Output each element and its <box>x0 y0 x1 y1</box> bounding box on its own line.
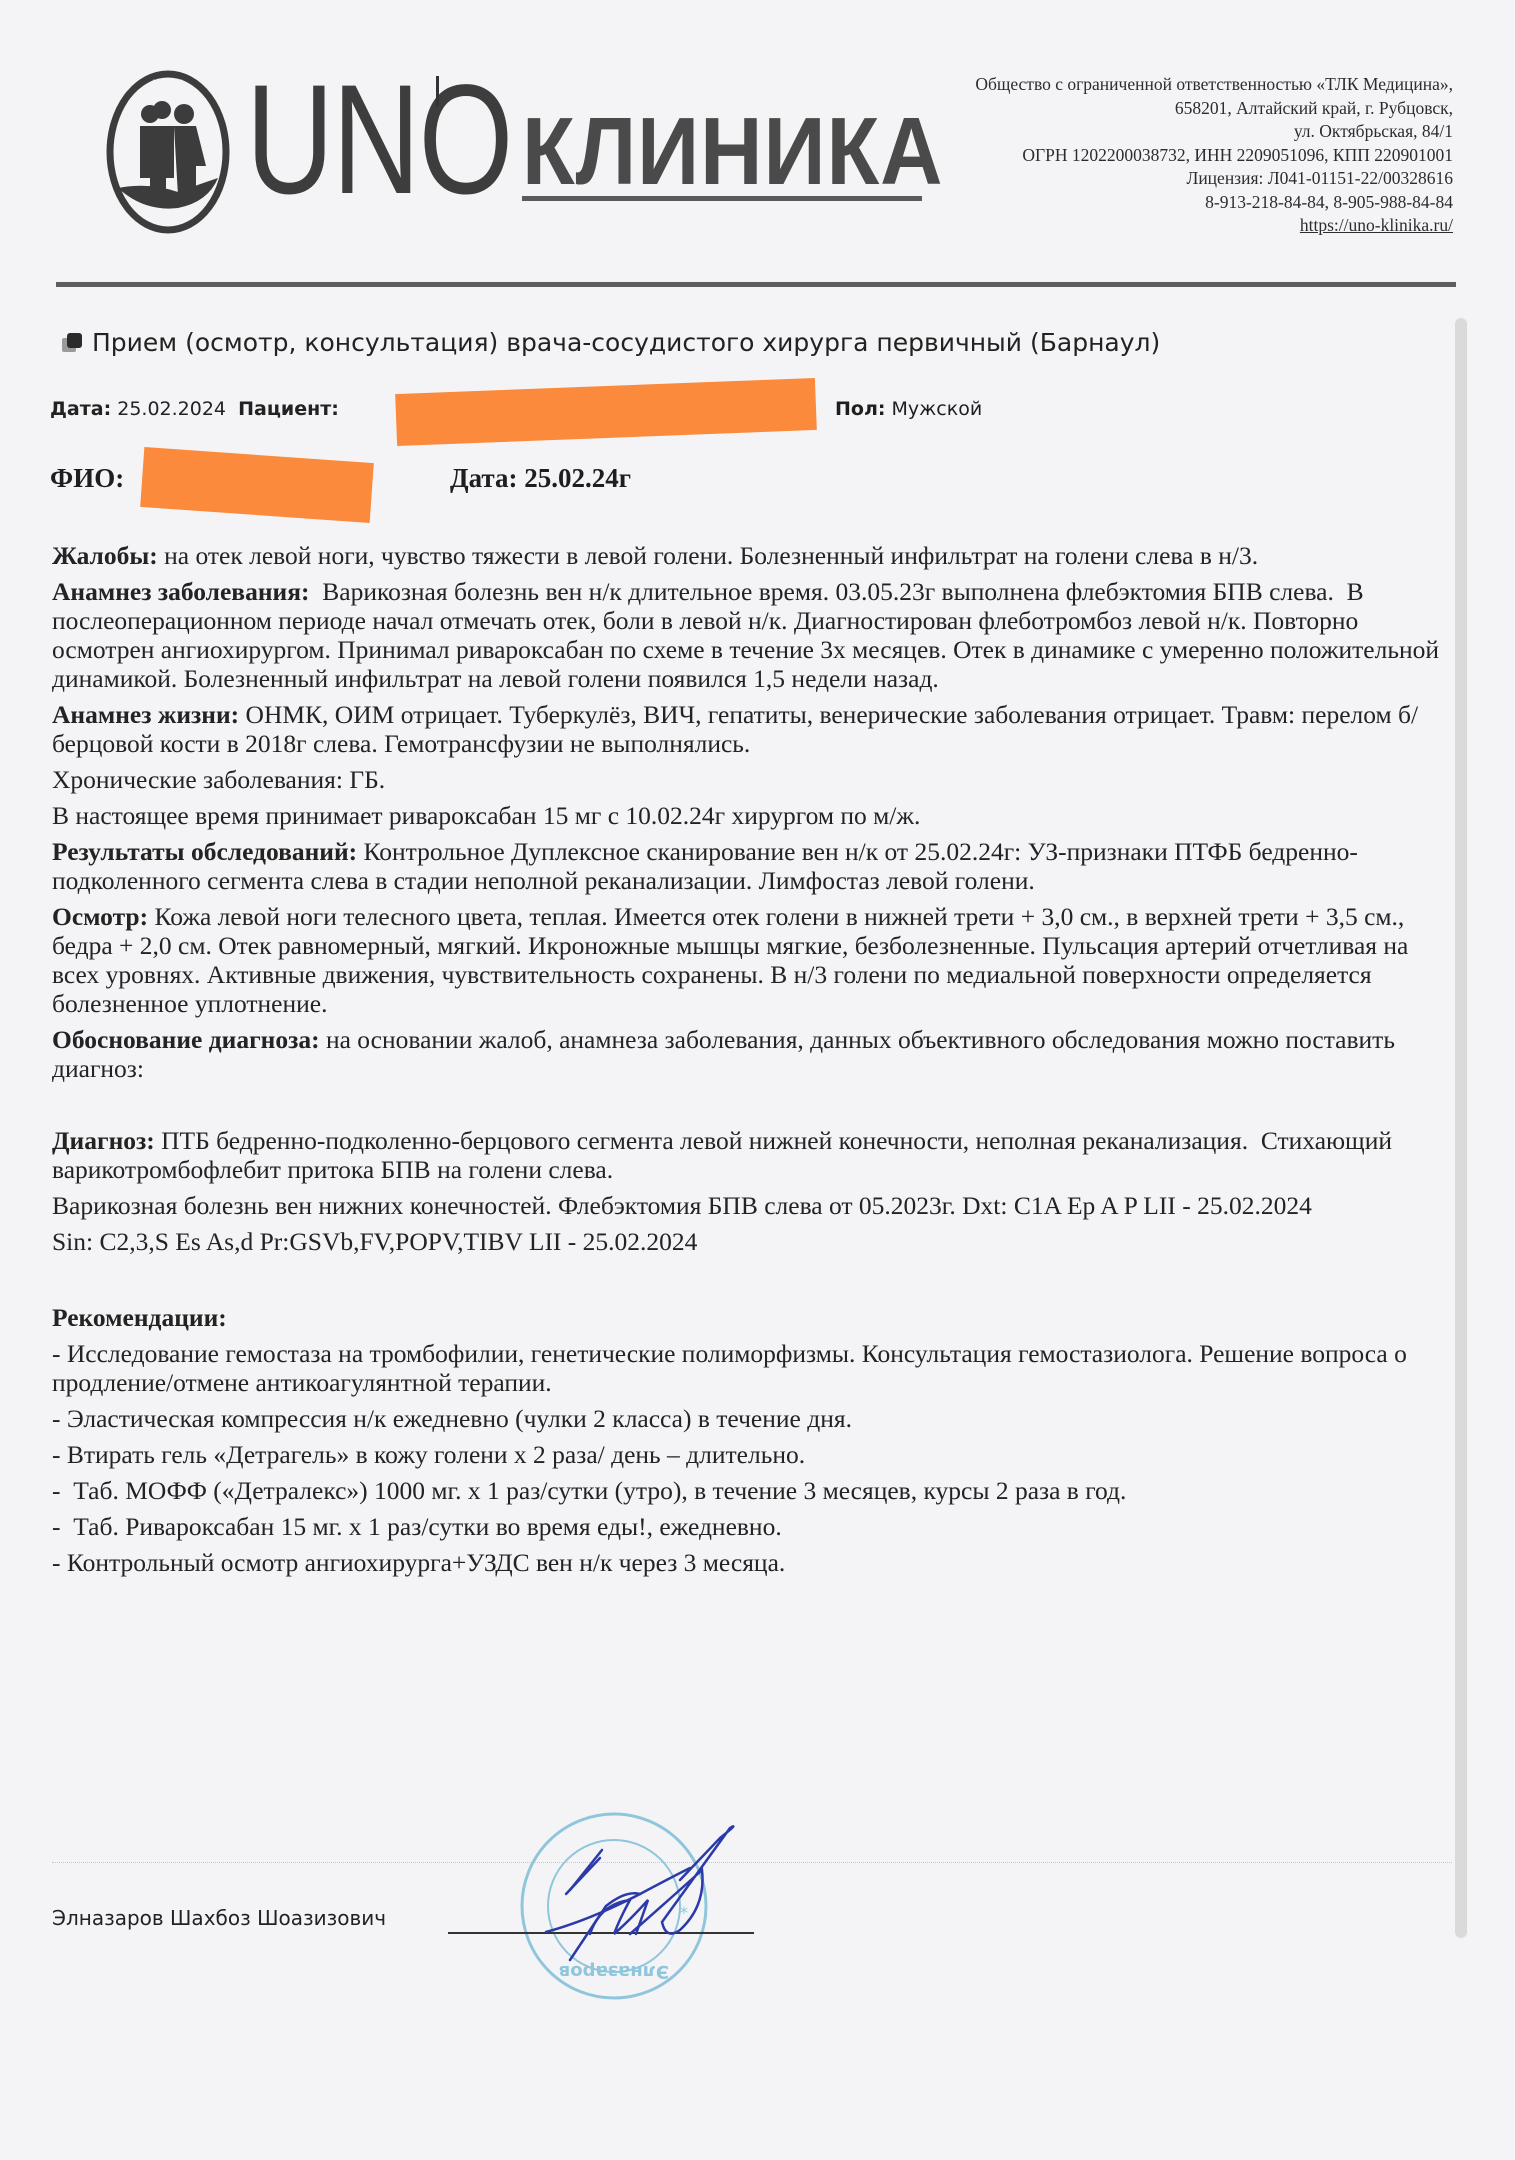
header-divider <box>56 282 1456 287</box>
logo-klinika-text: КЛИНИКА <box>522 104 943 200</box>
fio-redaction <box>140 447 374 523</box>
recommendation-item: - Таб. МОФФ («Детралекс») 1000 мг. х 1 р… <box>52 1476 1442 1505</box>
fio-date-value: 25.02.24г <box>524 463 631 493</box>
patient-name-redaction <box>395 378 817 446</box>
complaints-text: на отек левой ноги, чувство тяжести в ле… <box>158 541 1258 570</box>
life-history-text: ОНМК, ОИМ отрицает. Туберкулёз, ВИЧ, геп… <box>52 700 1418 758</box>
date-value: 25.02.2024 <box>117 398 226 420</box>
life-history-section: Анамнез жизни: ОНМК, ОИМ отрицает. Тубер… <box>52 700 1442 758</box>
exam-results-section: Результаты обследований: Контрольное Дуп… <box>52 837 1442 895</box>
company-line: Лицензия: Л041-01151-22/00328616 <box>975 167 1453 191</box>
company-line: Общество с ограниченной ответственностью… <box>975 73 1453 97</box>
logo-underline <box>522 196 922 201</box>
recommendation-item: - Эластическая компрессия н/к ежедневно … <box>52 1404 1442 1433</box>
complaints-label: Жалобы: <box>52 541 158 570</box>
examination-label: Осмотр: <box>52 902 148 931</box>
gender-label: Пол: <box>835 398 885 420</box>
gender-value: Мужской <box>892 398 983 420</box>
signer-name: Элназаров Шахбоз Шоазизович <box>52 1906 386 1930</box>
diagnosis-basis-label: Обоснование диагноза: <box>52 1025 320 1054</box>
disease-history-label: Анамнез заболевания: <box>52 577 310 606</box>
patient-label: Пациент: <box>238 398 339 420</box>
company-line: ОГРН 1202200038732, ИНН 2209051096, КПП … <box>975 144 1453 168</box>
diagnosis-basis-section: Обоснование диагноза: на основании жалоб… <box>52 1025 1442 1083</box>
company-line: 658201, Алтайский край, г. Рубцовск, <box>975 97 1453 121</box>
diagnosis-extra: Варикозная болезнь вен нижних конечносте… <box>52 1191 1442 1220</box>
document-copy-icon <box>62 332 84 354</box>
exam-results-label: Результаты обследований: <box>52 837 357 866</box>
logo-uno-text: UNO <box>246 62 512 218</box>
document-title: Прием (осмотр, консультация) врача-сосуд… <box>62 328 1160 357</box>
fio-field: ФИО: <box>50 463 124 494</box>
fio-date-label: Дата: <box>450 463 517 493</box>
document-body: Жалобы: на отек левой ноги, чувство тяже… <box>52 541 1442 1584</box>
recommendations-heading: Рекомендации: <box>52 1303 227 1332</box>
date-label: Дата: <box>50 398 111 420</box>
gender-field: Пол: Мужской <box>835 398 982 420</box>
company-line: 8-913-218-84-84, 8-905-988-84-84 <box>975 191 1453 215</box>
company-line: ул. Октябрьская, 84/1 <box>975 120 1453 144</box>
svg-text:ЦЕНТР: ЦЕНТР <box>153 78 184 88</box>
disease-history-section: Анамнез заболевания: Варикозная болезнь … <box>52 577 1442 693</box>
examination-section: Осмотр: Кожа левой ноги телесного цвета,… <box>52 902 1442 1018</box>
diagnosis-text: ПТБ бедренно-подколенно-берцового сегмен… <box>52 1126 1398 1184</box>
logo-accent-mark <box>436 76 439 106</box>
recommendations-label: Рекомендации: <box>52 1303 1442 1332</box>
medical-document-page: ЦЕНТР UNO КЛИНИКА Общество с ограниченно… <box>0 0 1515 2160</box>
recommendation-item: - Таб. Ривароксабан 15 мг. х 1 раз/сутки… <box>52 1512 1442 1541</box>
company-info: Общество с ограниченной ответственностью… <box>975 73 1453 238</box>
recommendation-item: - Втирать гель «Детрагель» в кожу голени… <box>52 1440 1442 1469</box>
fio-label: ФИО: <box>50 463 124 493</box>
family-in-hand-emblem-icon: ЦЕНТР <box>104 68 232 236</box>
recommendation-item: - Контрольный осмотр ангиохирурга+УЗДС в… <box>52 1548 1442 1577</box>
fio-date-field: Дата: 25.02.24г <box>450 463 631 494</box>
recommendations-list: - Исследование гемостаза на тромбофилии,… <box>52 1339 1442 1577</box>
recommendation-item: - Исследование гемостаза на тромбофилии,… <box>52 1339 1442 1397</box>
chronic-diseases: Хронические заболевания: ГБ. <box>52 765 1442 794</box>
visit-meta-row: Дата: 25.02.2024 Пациент: <box>50 398 339 420</box>
page-edge-border <box>1455 318 1467 1938</box>
handwritten-signature-icon <box>530 1810 760 1990</box>
life-history-label: Анамнез жизни: <box>52 700 239 729</box>
diagnosis-section: Диагноз: ПТБ бедренно-подколенно-берцово… <box>52 1126 1442 1184</box>
complaints-section: Жалобы: на отек левой ноги, чувство тяже… <box>52 541 1442 570</box>
diagnosis-label: Диагноз: <box>52 1126 155 1155</box>
document-title-text: Прием (осмотр, консультация) врача-сосуд… <box>92 328 1160 357</box>
current-medications: В настоящее время принимает ривароксабан… <box>52 801 1442 830</box>
examination-text: Кожа левой ноги телесного цвета, теплая.… <box>52 902 1408 1018</box>
diagnosis-sin: Sin: C2,3,S Es As,d Pr:GSVb,FV,POPV,TIBV… <box>52 1227 1442 1256</box>
company-website-link[interactable]: https://uno-klinika.ru/ <box>975 214 1453 238</box>
